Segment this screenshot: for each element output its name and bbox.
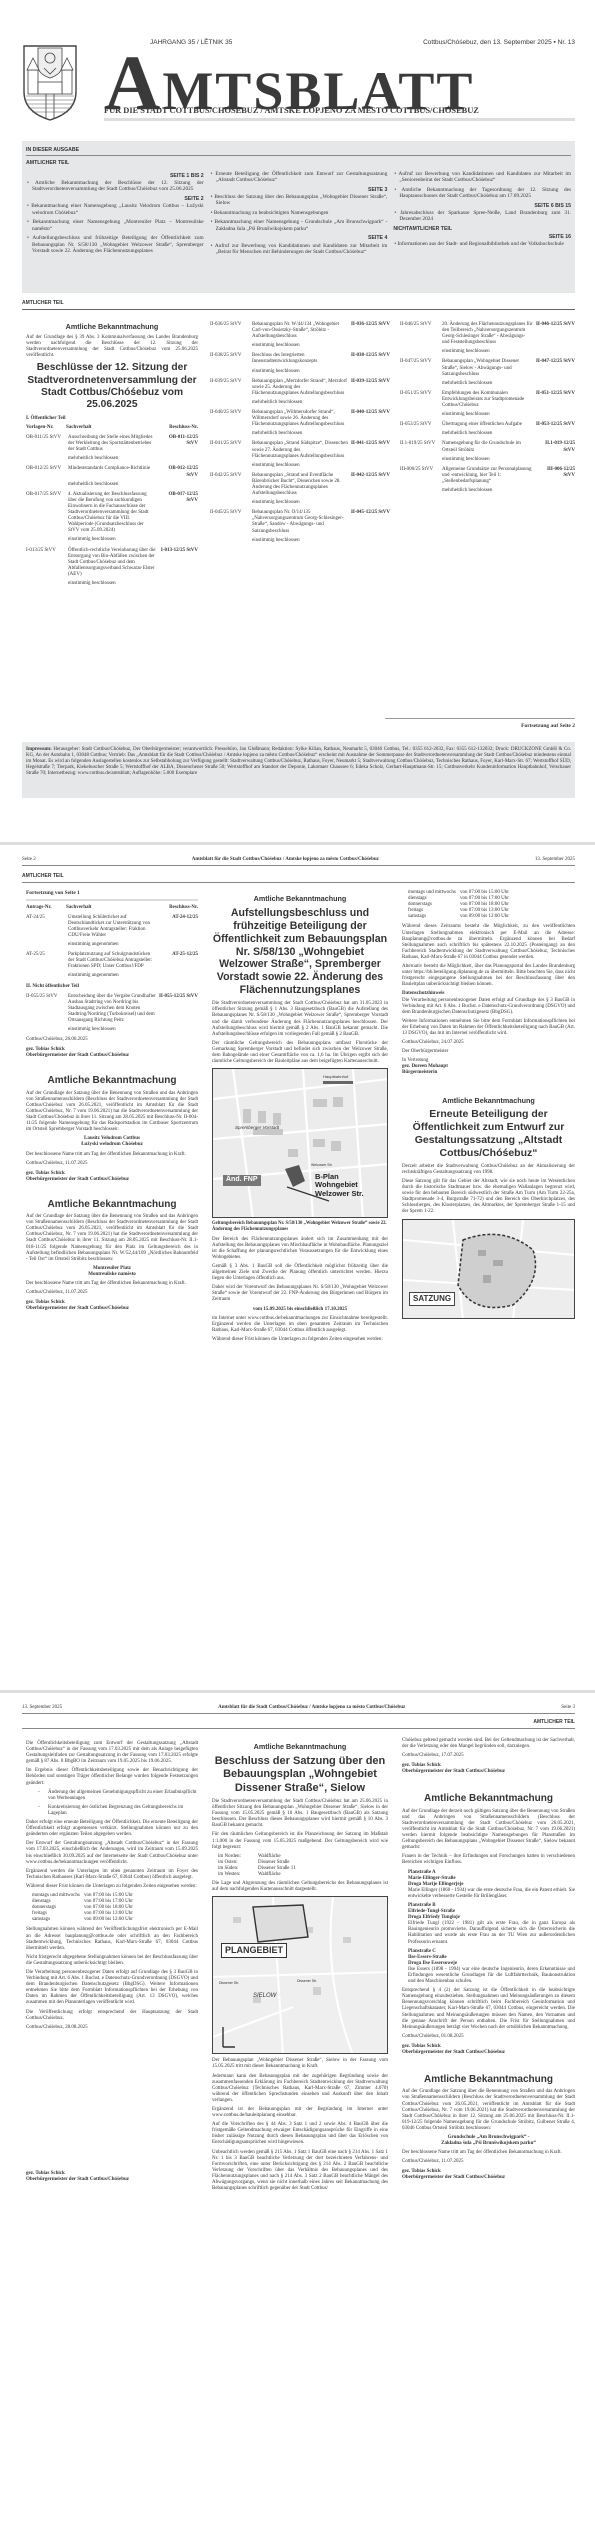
resolution-subject: Bebauungsplan Nr. W/44/134 „Wohngebiet C… — [252, 322, 348, 340]
dissen-paragraph: Jedermann kann den Bebauungsplan mit der… — [212, 2074, 388, 2104]
opening-hours: montags und mittwochsvon 07:00 bis 15:00… — [402, 890, 575, 920]
section-heading: AMTLICHER TEIL — [22, 1719, 575, 1729]
table-row: OB-011/25 StVVAusschreibung der Stelle e… — [26, 435, 198, 462]
map-label-satzung: SATZUNG — [409, 1292, 455, 1306]
altstadt-paragraph: Diese Satzung gilt für das Gebiet der Al… — [402, 1179, 575, 1216]
welzow-map: Hauptbahnhof Spremberger Vorstadt Änd. F… — [212, 1068, 388, 1218]
vote-result: mehrheitlich beschlossen — [442, 488, 575, 494]
resolution-subject: Umstellung Schülerticket auf Deutschland… — [68, 915, 156, 939]
mayor-label: Der Oberbürgermeister — [402, 1049, 575, 1055]
signature-title: Oberbürgermeister der Stadt Cottbus/Chóś… — [402, 2050, 575, 2056]
altstadt-map: SATZUNG — [402, 1219, 575, 1319]
toc-entry: Erneute Beteiligung der Öffentlichkeit z… — [210, 171, 388, 184]
resolutions-headline: Beschlüsse der 12. Sitzung der Stadtvero… — [26, 362, 198, 412]
resolution-subject: Bebauungsplan Nr. O/14/135 „Nahversorgun… — [252, 510, 348, 534]
resolution-number: II-045/25 StVV — [210, 510, 250, 534]
toc-column-3: Aufruf zur Bewerbung von Kandidatinnen u… — [393, 171, 571, 259]
altstadt-paragraph: Im Ergebnis dieser Öffentlichkeitsbeteil… — [26, 1768, 198, 1786]
col-header-beschluss: Beschluss-Nr. — [158, 905, 198, 911]
toc-entry: Aufruf zur Bewerbung von Kandidatinnen u… — [393, 171, 571, 184]
column-2: Amtliche Bekanntmachung Beschluss der Sa… — [212, 1738, 388, 2195]
decision-number: OB-017-12/25 StVV — [158, 492, 198, 535]
motions-list: AT-24/25Umstellung Schülerticket auf Deu… — [26, 915, 198, 980]
resolution-number: II-055/25 StVV — [26, 994, 66, 1024]
welzow-paragraph: Während dieser Frist können die Unterlag… — [212, 1337, 388, 1343]
table-row: II.1-019/25 StVVNamensgebung für die Gru… — [400, 441, 575, 462]
map-label-street: Dissener Str. — [297, 1979, 317, 1983]
street-entry: Planstraße CIlse-Essers-StraßeDroga Ilse… — [402, 1949, 575, 1986]
street-entry: Planstraße AMarie-Ellinger-StraßeDroga M… — [402, 1870, 575, 1900]
velodrom-text: Auf der Grundlage der Satzung über die B… — [26, 1091, 198, 1134]
time-range: von 09:00 bis 12:00 Uhr — [460, 914, 575, 920]
notice-heading: Amtliche Bekanntmachung — [26, 1075, 198, 1087]
page-1: JAHRGANG 35 / LĚTNIK 35 Cottbus/Chóśebuz… — [0, 0, 595, 842]
hours-table: montags und mittwochsvon 07:00 bis 15:00… — [26, 1893, 198, 1923]
signature-title: Bürgermeisterin — [402, 1070, 575, 1076]
table-row: II-040/25 StVVBebauungsplan „Willmersdor… — [210, 410, 390, 437]
decision-number: II-046-12/25 StVV — [535, 322, 575, 346]
welzow-paragraph: Der räumliche Geltungsbereich des Bebauu… — [212, 1041, 388, 1065]
vote-result: einstimmig angenommen — [68, 973, 198, 979]
decision-number: AT-24-12/25 — [158, 915, 198, 939]
boundary-value: Waldfläche — [258, 1872, 388, 1878]
toc-subheading: NICHTAMTLICHER TEIL — [393, 226, 571, 232]
welzow-paragraph: Gemäß § 3 Abs. 1 BauGB soll die Öffentli… — [212, 1264, 388, 1282]
vote-result: mehrheitlich beschlossen — [442, 431, 575, 437]
table-row: II-039/25 StVVBebauungsplan „Merzdorfer … — [210, 379, 390, 406]
welzow-headline: Aufstellungsbeschluss und frühzeitige Be… — [212, 907, 388, 997]
vote-result: mehrheitlich beschlossen — [68, 482, 198, 488]
changes-list: Änderung der allgemeinen Genehmigungspfl… — [26, 1790, 198, 1817]
resolutions-list-1: OB-011/25 StVVAusschreibung der Stelle e… — [26, 435, 198, 587]
vote-result: einstimmig beschlossen — [442, 412, 575, 418]
running-header: Seite 2 Amtsblatt für die Stadt Cottbus/… — [22, 857, 575, 866]
newspaper-subtitle: FÜR DIE STADT COTTBUS/CHÓŚEBUZ / AMTSKE … — [104, 106, 479, 116]
toc-entry: Bekanntmachung einer Namensgebung „Montr… — [26, 219, 204, 232]
boundary-direction: im Westen: — [218, 1872, 258, 1878]
toc-entry: Informationen aus der Stadt- und Regiona… — [393, 241, 571, 247]
dissen-paragraph: Die Lage und Abgrenzung des räumlichen G… — [212, 1881, 388, 1893]
column-1: Fortsetzung von Seite 1 Antrags-Nr. Sach… — [26, 890, 198, 1312]
date-line: Cottbus/Chóśebuz, 11.07.2025 — [26, 1290, 198, 1296]
altstadt-paragraph: Daher erfolgt eine erneute Beteiligung d… — [26, 1820, 198, 1838]
welzow-paragraph: Weitere Informationen entnehmen Sie bitt… — [402, 1019, 575, 1037]
resolution-subject: Entscheidung über die Vergabe Grundhafte… — [68, 994, 156, 1024]
toc-entry: Amtliche Bekanntmachung der Tagesordnung… — [393, 187, 571, 200]
notice-heading: Amtliche Bekanntmachung — [212, 1743, 388, 1752]
toc-entry: Aufruf zur Bewerbung von Kandidatinnen u… — [210, 243, 388, 256]
decision-number: OB-011-12/25 StVV — [158, 435, 198, 453]
welzow-period: vom 15.09.2025 bis einschließlich 17.10.… — [212, 1307, 388, 1313]
column-1: Amtliche Bekanntmachung Auf der Grundlag… — [26, 318, 198, 591]
toc-page-ref: SEITE 1 BIS 2 — [26, 173, 204, 179]
resolution-subject: Namensgebung für die Grundschule im Orts… — [442, 441, 533, 453]
decision-number: AT-25-12/25 — [158, 952, 198, 970]
dissen-paragraph: Auf die Vorschriften des § 44 Abs. 3 Sat… — [212, 2122, 388, 2146]
table-row: II-042/25 StVVBebauungsplan „Strand und … — [210, 473, 390, 506]
toc-entry: Amtliche Bekanntmachung der Beschlüsse d… — [26, 180, 204, 193]
col-header-sachverhalt: Sachverhalt — [66, 425, 158, 431]
decision-number: II-045-12/25 StVV — [350, 510, 390, 534]
decision-number: II-053-12/25 StVV — [535, 422, 575, 428]
running-header: 13. September 2025 Amtsblatt für die Sta… — [22, 1705, 575, 1714]
welzow-paragraph: Während dieses Zeitraums besteht die Mög… — [402, 924, 575, 961]
table-row: I-013/25 StVVÖffentlich-rechtliche Verei… — [26, 548, 198, 588]
resolution-subject: Bebauungsplan „Wohngebiet Dissener Straß… — [442, 359, 533, 377]
resolution-number: OB-011/25 StVV — [26, 435, 66, 453]
dissen-paragraph: Der Bebauungsplan „Wohngebiet Dissener S… — [212, 2058, 388, 2070]
signature-title: Oberbürgermeister der Stadt Cottbus/Chóś… — [26, 2177, 198, 2183]
running-title: Amtsblatt für die Stadt Cottbus/Chóśebuz… — [218, 1705, 405, 1711]
table-row: II-055/25 StVVEntscheidung über die Verg… — [26, 994, 198, 1034]
decision-number: II.1-019-12/25 StVV — [535, 441, 575, 453]
coat-of-arms-icon — [22, 40, 78, 122]
altstadt-paragraph: Nicht fristgerecht abgegebene Stellungna… — [26, 1955, 198, 1967]
toc-page-ref: SEITE 3 — [210, 187, 388, 193]
vote-result: einstimmig beschlossen — [252, 343, 390, 349]
resolution-number: II-038/25 StVV — [210, 353, 250, 365]
altstadt-headline: Erneute Beteiligung der Öffentlichkeit z… — [402, 1108, 575, 1159]
altstadt-paragraph: Die Öffentlichkeitsbeteiligung zum Entwu… — [26, 1741, 198, 1765]
running-title: Amtsblatt für die Stadt Cottbus/Chóśebuz… — [192, 857, 379, 863]
table-row: II-038/25 StVVBeschluss des Integrierten… — [210, 353, 390, 374]
resolution-number: II-039/25 StVV — [210, 379, 250, 397]
public-part-label: I. Öffentlicher Teil — [26, 416, 198, 422]
vote-result: einstimmig beschlossen — [252, 369, 390, 375]
school-name-hsb: Zakładna šula „Pśi Brunšwikojskem parku“ — [402, 2141, 575, 2147]
dissen-paragraph: Für den räumlichen Geltungsbereich ist d… — [212, 1832, 388, 1850]
continued-from: Fortsetzung von Seite 1 — [26, 890, 198, 901]
vote-result: einstimmig beschlossen — [442, 457, 575, 463]
resolution-subject: Allgemeine Grundsätze zur Personalplanun… — [442, 467, 533, 485]
issue-date: 13. September 2025 — [535, 857, 575, 863]
street-description: Marie Ellinger (1860 - 1934) war die ers… — [408, 1888, 575, 1900]
page-3: 13. September 2025 Amtsblatt für die Sta… — [0, 1693, 595, 2542]
toc-page-ref: SEITE 4 — [210, 235, 388, 241]
street-description: Ilse Essers (1898 - 1994) war eine deuts… — [408, 1967, 575, 1985]
toc-column-2: Erneute Beteiligung der Öffentlichkeit z… — [210, 171, 388, 259]
decision-number: III-006-12/25 StVV — [535, 467, 575, 485]
vote-result: einstimmig beschlossen — [442, 349, 575, 355]
resolution-number: II-042/25 StVV — [210, 473, 250, 497]
vote-result: einstimmig beschlossen — [68, 537, 198, 543]
altstadt-paragraph: Ergänzend werden die Unterlagen im oben … — [26, 1869, 198, 1881]
resolution-number: II-040/25 StVV — [210, 410, 250, 428]
table-row: III-006/25 StVVAllgemeine Grundsätze zur… — [400, 467, 575, 494]
welzow-paragraph: Der Bereich des Flächennutzungsplanes än… — [212, 1237, 388, 1261]
notice-heading: Amtliche Bekanntmachung — [402, 1097, 575, 1106]
nonpublic-list: II-055/25 StVVEntscheidung über die Verg… — [26, 994, 198, 1034]
continued-note: Fortsetzung auf Seite 2 — [385, 718, 575, 730]
vote-result: mehrheitlich beschlossen — [252, 431, 390, 437]
resolutions-list-2: II-036/25 StVVBebauungsplan Nr. W/44/134… — [210, 322, 390, 548]
dissen-paragraph: Ergänzend ist der Bebauungsplan mit der … — [212, 2107, 388, 2119]
table-row: OB-012/25 StVVMindeststandards Complianc… — [26, 466, 198, 487]
notice-heading: Amtliche Bekanntmachung — [402, 1793, 575, 1805]
resolution-number: II.1-019/25 StVV — [400, 441, 440, 453]
map-label-street: Welzower Str. — [311, 1163, 333, 1167]
vote-result: einstimmig beschlossen — [252, 500, 390, 506]
montreuil-name-hsb: Montreuilske naměsto — [26, 1272, 198, 1278]
table-row: AT-24/25Umstellung Schülerticket auf Deu… — [26, 915, 198, 948]
signature-title: Oberbürgermeister der Stadt Cottbus/Chóś… — [26, 1053, 198, 1059]
notice-heading: Amtliche Bekanntmachung — [26, 1199, 198, 1211]
issue-date: 13. September 2025 — [22, 1705, 62, 1711]
page-number: Seite 2 — [22, 857, 36, 863]
resolution-subject: 4. Aktualisierung der Beschlussfassung ü… — [68, 492, 156, 535]
resolution-subject: Bebauungsplan „Willmersdorfer Strand“, W… — [252, 410, 348, 428]
welzow-paragraph: Die Stadtverordnetenversammlung der Stad… — [212, 1001, 388, 1038]
map-label-vorstadt: Spremberger Vorstadt — [235, 1125, 279, 1130]
resolution-subject: Übertragung einer öffentlichen Aufgabe — [442, 422, 533, 428]
altstadt-paragraph: Derzeit arbeitet die Stadtverwaltung Cot… — [402, 1164, 575, 1176]
altstadt-paragraph: Stellungnahmen können während der Veröff… — [26, 1927, 198, 1951]
table-header: Antrags-Nr. Sachverhalt Beschluss-Nr. — [26, 905, 198, 911]
resolution-number: II-041/25 StVV — [210, 441, 250, 459]
dissen-paragraph: Chóśebuz geltend gemacht worden sind. Be… — [402, 1738, 575, 1750]
table-row: II-051/25 StVVEmpfehlungen des Kommunale… — [400, 391, 575, 418]
signature-title: Oberbürgermeister der Stadt Cottbus/Chóś… — [26, 1177, 198, 1183]
decision-number: I-013-12/25 StVV — [158, 548, 198, 578]
toc-column-1: SEITE 1 BIS 2Amtliche Bekanntmachung der… — [26, 171, 204, 259]
resolution-subject: Parkplatznutzung auf Schulgrundstücken d… — [68, 952, 156, 970]
masthead-rule — [104, 118, 575, 121]
sielow-map-icon — [213, 1897, 388, 2054]
col-header-beschluss: Beschluss-Nr. — [158, 425, 198, 431]
notice-heading: Amtliche Bekanntmachung — [402, 2074, 575, 2086]
signature-title: Oberbürgermeister der Stadt Cottbus/Chóś… — [402, 2175, 575, 2181]
street-names-list: Planstraße AMarie-Ellinger-StraßeDroga M… — [402, 1870, 575, 1986]
decision-number: II-042-12/25 StVV — [350, 473, 390, 497]
table-row: OB-017/25 StVV4. Aktualisierung der Besc… — [26, 492, 198, 544]
resolution-subject: Beschluss des Integrierten Innenstadtent… — [252, 353, 348, 365]
toc-heading: IN DIESER AUSGABE — [26, 147, 571, 156]
decision-number: II-041-12/25 StVV — [350, 441, 390, 459]
effective-note: Der beschlossene Name tritt am Tag der ö… — [26, 1152, 198, 1158]
vote-result: mehrheitlich beschlossen — [68, 456, 198, 462]
table-row: II-046/25 StVV20. Änderung des Flächennu… — [400, 322, 575, 355]
toc-entry: Bekanntmachung zu beabsichtigten Namensg… — [210, 210, 388, 216]
list-item: Änderung der allgemeinen Genehmigungspfl… — [26, 1790, 198, 1802]
hours-table: montags und mittwochsvon 07:00 bis 15:00… — [402, 890, 575, 920]
resolution-subject: Bebauungsplan „Merzdorfer Strand“, Merzd… — [252, 379, 348, 397]
opening-hours: montags und mittwochsvon 07:00 bis 15:00… — [26, 1893, 198, 1923]
impressum-text: Herausgeber: Stadt Cottbus/Chóśebuz, Der… — [26, 747, 571, 776]
toc-page-ref: SEITE 2 — [26, 196, 204, 202]
masthead: JAHRGANG 35 / LĚTNIK 35 Cottbus/Chóśebuz… — [22, 36, 575, 126]
vote-result: einstimmig beschlossen — [252, 538, 390, 544]
street-description: Elfriede Tungl (1922 - 1981) gilt als er… — [408, 1921, 575, 1945]
section-heading: AMTLICHER TEIL — [22, 873, 575, 883]
resolution-number: AT-24/25 — [26, 915, 66, 939]
resolution-number: AT-25/25 — [26, 952, 66, 970]
table-row: II-041/25 StVVBebauungsplan „Strand Süds… — [210, 441, 390, 468]
school-paragraph: Auf der Grundlage der Satzung über die B… — [402, 2089, 575, 2132]
resolution-number: II-046/25 StVV — [400, 322, 440, 346]
naming-paragraph: Entsprechend § 4 (2) der Satzung ist die… — [402, 1988, 575, 2031]
nonpublic-part-label: II. Nicht öffentlicher Teil — [26, 984, 198, 990]
altstadt-paragraph: Während dieser Frist können die Unterlag… — [26, 1884, 198, 1890]
toc-entry: Bekanntmachung einer Namensgebung - Grun… — [210, 219, 388, 232]
boundary-row: im Westen:Waldfläche — [218, 1872, 388, 1878]
table-row: II-036/25 StVVBebauungsplan Nr. W/44/134… — [210, 322, 390, 349]
vote-result: mehrheitlich beschlossen — [252, 400, 390, 406]
decision-number: II-047-12/25 StVV — [535, 359, 575, 377]
signature-title: Oberbürgermeister der Stadt Cottbus/Chóś… — [26, 1306, 198, 1312]
resolution-number: II-047/25 StVV — [400, 359, 440, 377]
naming-paragraph: Auf der Grundlage der derzeit noch gülti… — [402, 1809, 575, 1852]
resolution-number: II-051/25 StVV — [400, 391, 440, 409]
weekday: samstags — [32, 1917, 84, 1923]
impressum-label: Impressum: — [26, 747, 52, 752]
table-row: AT-25/25Parkplatznutzung auf Schulgrunds… — [26, 952, 198, 979]
col-header-sachverhalt: Sachverhalt — [66, 905, 158, 911]
dissen-map: PLANGEBIET SIELOW Dissener Str. Dissener… — [212, 1896, 388, 2054]
map-label-plangebiet: PLANGEBIET — [221, 1943, 287, 1958]
notice-heading: Amtliche Bekanntmachung — [212, 895, 388, 904]
vote-result: einstimmig beschlossen — [68, 1027, 198, 1033]
toc-entry: Bekanntmachung einer Namensgebung „Lausi… — [26, 203, 204, 216]
decision-number: II-036-12/25 StVV — [350, 322, 390, 340]
impressum: Impressum: Herausgeber: Stadt Cottbus/Ch… — [22, 742, 575, 798]
resolution-subject: Bebauungsplan „Strand Südspitze“, Dissen… — [252, 441, 348, 459]
dissen-paragraph: Unbeachtlich werden gemäß § 215 Abs. 1 S… — [212, 2150, 388, 2193]
date-line: Cottbus/Chóśebuz, 28.08.2025 — [26, 2025, 198, 2031]
resolution-subject: Mindeststandards Compliance-Richtlinie — [68, 466, 156, 478]
resolution-number: OB-012/25 StVV — [26, 466, 66, 478]
decision-number: OB-012-12/25 StVV — [158, 466, 198, 478]
list-item: Konkretisierung der östlichen Begrenzung… — [26, 1805, 198, 1817]
map-label-bplan-3: Welzower Str. — [315, 1190, 364, 1198]
decision-number: II-051-12/25 StVV — [535, 391, 575, 409]
welzow-paragraph: im Internet unter www.cottbus.de/bekannt… — [212, 1316, 388, 1334]
date-line: Cottbus/Chóśebuz, 01.08.2025 — [402, 2034, 575, 2040]
vote-result: einstimmig beschlossen — [252, 463, 390, 469]
table-row: II-047/25 StVVBebauungsplan „Wohngebiet … — [400, 359, 575, 386]
section-heading: AMTLICHER TEIL — [22, 300, 575, 310]
resolution-subject: Ausschreibung der Stelle eines Mitgliede… — [68, 435, 156, 453]
altstadt-paragraph: Der Entwurf der Gestaltungssatzung „Alts… — [26, 1841, 198, 1865]
toc-entry: Aufstellungsbeschluss und frühzeitige Be… — [26, 235, 204, 254]
toc-entry: Jahresabschluss der Sparkasse Spree-Neiß… — [393, 210, 571, 223]
boundaries-list: im Norden:Waldflächeim Osten:Dissener St… — [212, 1854, 388, 1878]
welzow-paragraph: Daher wird der Vorentwurf des Bebauungsp… — [212, 1285, 388, 1303]
naming-paragraph: Frauen in der Technik – ihre Erfindungen… — [402, 1854, 575, 1866]
velodrom-name-hsb: Łužyski welodrom Chóśebuz — [26, 1142, 198, 1148]
date-line: Cottbus/Chóśebuz, 17.07.2025 — [402, 1753, 575, 1759]
column-2: Amtliche Bekanntmachung Aufstellungsbesc… — [212, 890, 388, 1346]
table-header: Vorlagen-Nr. Sachverhalt Beschluss-Nr. — [26, 425, 198, 431]
welzow-paragraph: Die Verarbeitung personenbezogener Daten… — [402, 998, 575, 1016]
map-label-hbf: Hauptbahnhof — [323, 1075, 348, 1080]
resolution-number: I-013/25 StVV — [26, 548, 66, 578]
dissen-paragraph: Die Stadtverordnetenversammlung der Stad… — [212, 1799, 388, 1829]
altstadt-paragraph: Die Verarbeitung personenbezogener Daten… — [26, 1970, 198, 2007]
vote-result: einstimmig beschlossen — [68, 581, 198, 587]
decision-number: II-055-12/25 StVV — [158, 994, 198, 1024]
map-label-bplan: B-Plan Wohngebiet Welzower Str. — [315, 1173, 364, 1198]
map-label-sielow: SIELOW — [253, 1993, 276, 2000]
toc-entry: Beschluss der Satzung über den Bebauungs… — [210, 194, 388, 207]
date-line: Cottbus/Chóśebuz, 11.07.2025 — [402, 2159, 575, 2165]
signature-title: Oberbürgermeister der Stadt Cottbus/Chóś… — [402, 1769, 575, 1775]
welzow-paragraph: Alternativ besteht die Möglichkeit, über… — [402, 964, 575, 988]
dissen-headline: Beschluss der Satzung über den Bebauungs… — [212, 1755, 388, 1795]
decision-number: II-039-12/25 StVV — [350, 379, 390, 397]
table-row: II-053/25 StVVÜbertragung einer öffentli… — [400, 422, 575, 437]
column-1: Die Öffentlichkeitsbeteiligung zum Entwu… — [26, 1741, 198, 2183]
date-line: Cottbus/Chóśebuz, 11.07.2025 — [26, 1161, 198, 1167]
col-header-nr: Antrags-Nr. — [26, 905, 66, 911]
effective-note: Der beschlossene Name tritt am Tag der ö… — [26, 1281, 198, 1287]
map-label-fnp: Änd. FNP — [223, 1175, 261, 1186]
decision-number: II-040-12/25 StVV — [350, 410, 390, 428]
resolution-number: II-036/25 StVV — [210, 322, 250, 340]
map-caption: Geltungsbereich Bebauungsplan Nr. S/58/1… — [212, 1221, 388, 1232]
resolution-subject: Empfehlungen des Kommunalen Entwicklungs… — [442, 391, 533, 409]
resolution-subject: Öffentlich-rechtliche Vereinbarung über … — [68, 548, 156, 578]
resolution-number: OB-017/25 StVV — [26, 492, 66, 535]
intro-text: Auf der Grundlage des § 39 Abs. 3 Kommun… — [26, 335, 198, 359]
decision-number: II-038-12/25 StVV — [350, 353, 390, 365]
page-number: Seite 3 — [561, 1705, 575, 1711]
table-row: II-045/25 StVVBebauungsplan Nr. O/14/135… — [210, 510, 390, 543]
street-entry: Planstraße BElfriede-Tungl-StraßeDroga E… — [402, 1903, 575, 1946]
table-of-contents: IN DIESER AUSGABE AMTLICHER TEIL SEITE 1… — [22, 141, 575, 293]
montreuil-text: Auf der Grundlage der Satzung über die B… — [26, 1214, 198, 1263]
time-range: von 09:00 bis 12:00 Uhr — [84, 1917, 198, 1923]
date-line: Cottbus/Chóśebuz, 26.06.2025 — [26, 1037, 198, 1043]
vote-result: mehrheitlich beschlossen — [442, 381, 575, 387]
page-2: Seite 2 Amtsblatt für die Stadt Cottbus/… — [0, 845, 595, 1690]
weekday: samstags — [408, 914, 460, 920]
date-line: Cottbus/Chóśebuz, 24.07.2025 — [402, 1040, 575, 1046]
vote-result: einstimmig angenommen — [68, 942, 198, 948]
altstadt-paragraph: Die Veröffentlichung erfolgt entsprechen… — [26, 2010, 198, 2022]
column-3: Chóśebuz geltend gemacht worden sind. Be… — [402, 1738, 575, 2182]
resolution-number: II-053/25 StVV — [400, 422, 440, 428]
toc-amtlich: AMTLICHER TEIL — [26, 160, 571, 168]
resolution-subject: Bebauungsplan „Strand und Eventfläche Bä… — [252, 473, 348, 497]
toc-page-ref: SEITE 6 BIS 15 — [393, 203, 571, 209]
resolution-number: III-006/25 StVV — [400, 467, 440, 485]
map-label-street: Dissener Str. — [219, 1981, 239, 1985]
notice-heading: Amtliche Bekanntmachung — [26, 323, 198, 332]
effective-note: Der beschlossene Name tritt am Tag der ö… — [402, 2150, 575, 2156]
col-header-nr: Vorlagen-Nr. — [26, 425, 66, 431]
toc-page-ref: SEITE 16 — [393, 234, 571, 240]
column-3: montags und mittwochsvon 07:00 bis 15:00… — [402, 890, 575, 1319]
resolutions-list-3: II-046/25 StVV20. Änderung des Flächennu… — [400, 322, 575, 498]
resolution-subject: 20. Änderung des Flächennutzungsplanes f… — [442, 322, 533, 346]
